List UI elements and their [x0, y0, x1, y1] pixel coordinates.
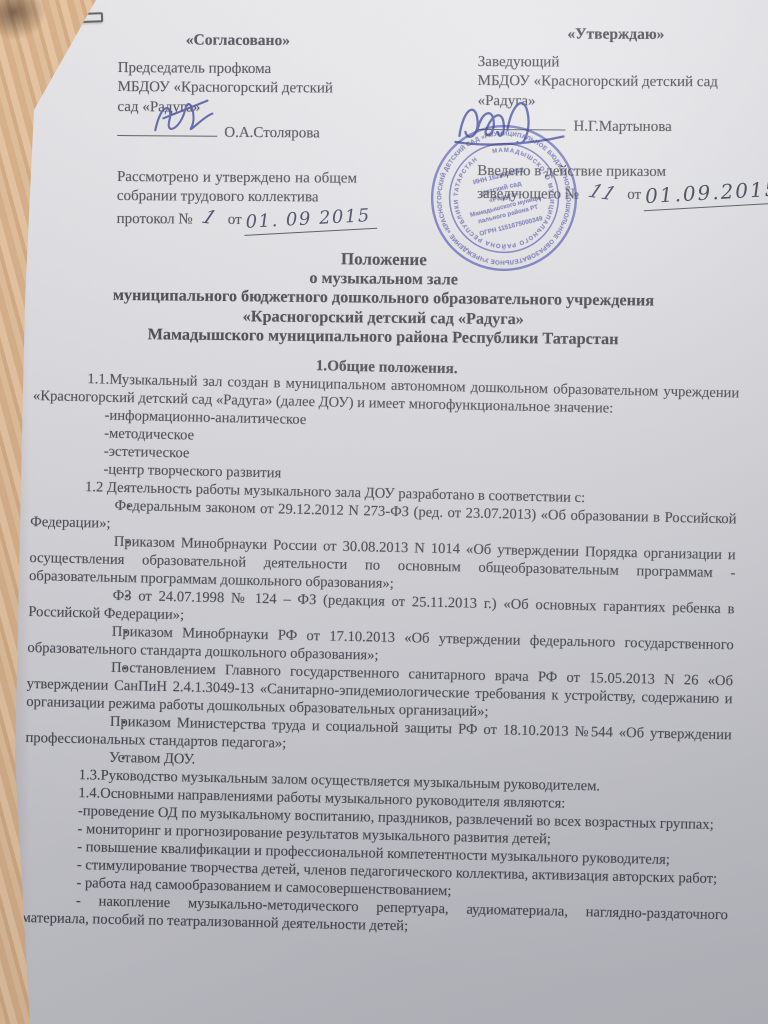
bullet-marker: • — [78, 496, 90, 514]
photo-of-document: { "doc": { "colors": { "stamp_blue": "#5… — [0, 0, 768, 1024]
approve-role: Заведующий — [478, 52, 754, 73]
approve-signer-name: Н.Г.Мартынова — [573, 119, 671, 136]
bullet-marker: • — [78, 532, 90, 550]
agreed-org: МБДОУ «Красногорский детский сад «Радуга… — [117, 78, 357, 119]
approve-org: МБДОУ «Красногорский детский сад «Радуга… — [478, 72, 754, 112]
table-corner-shadow — [0, 0, 46, 40]
document-title: Положение о музыкальном зале муниципальн… — [29, 246, 738, 351]
document-sheet: «Согласовано» Председатель профкома МБДО… — [0, 0, 768, 1024]
bullet-text: Уставом ДОУ. — [109, 750, 195, 768]
bullet-marker: • — [76, 586, 88, 604]
agreed-block: «Согласовано» Председатель профкома МБДО… — [117, 30, 358, 232]
agreed-signer-name: О.А.Столярова — [224, 125, 320, 142]
protocol-number-handwritten: 1 — [199, 208, 220, 228]
protocol-row: протокол №1от01. 09 2015 — [117, 207, 357, 231]
bullet-marker: • — [76, 622, 88, 640]
agreed-role: Председатель профкома — [118, 58, 358, 79]
protocol-label: протокол № — [117, 210, 193, 227]
approve-heading: «Утверждаю» — [478, 24, 754, 45]
bullet-marker: • — [75, 658, 87, 676]
protocol-date-handwritten: 01. 09 2015 — [245, 205, 371, 233]
bullet-marker: • — [74, 712, 86, 730]
bullet-marker: • — [73, 748, 85, 766]
agreed-signature-row: О.А.Столярова — [117, 121, 357, 144]
signature-line — [117, 121, 217, 137]
considered-paragraph: Рассмотрено и утверждено на общем собран… — [117, 167, 357, 208]
protocol-from-label: от — [228, 211, 242, 227]
agreed-heading: «Согласовано» — [118, 30, 358, 51]
order-from-label: от — [627, 187, 641, 203]
order-date-underline: 01.09.2015 — [643, 179, 768, 210]
order-number-handwritten: 11 — [585, 182, 619, 204]
protocol-date-underline: 01. 09 2015 — [243, 205, 377, 235]
section-1-body: 1.Общие положения. 1.1.Музыкальный зал с… — [21, 351, 739, 942]
